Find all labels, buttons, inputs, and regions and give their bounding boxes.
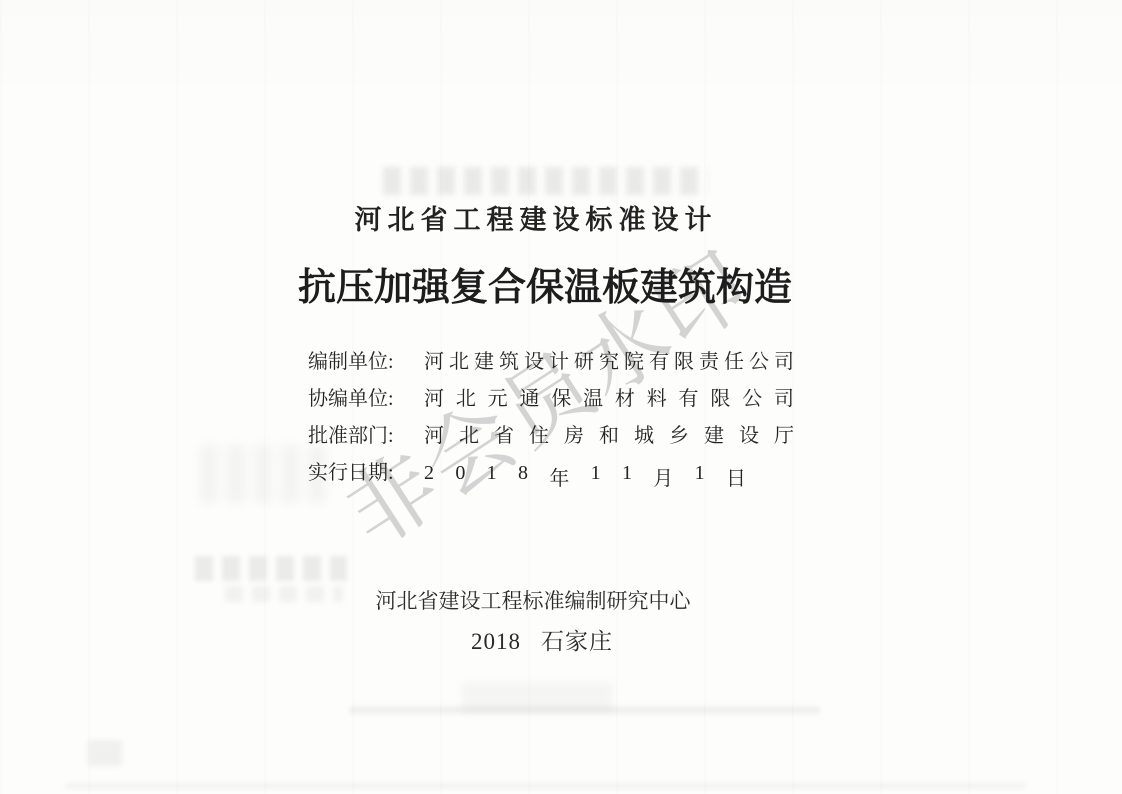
info-row-approver: 批准部门: 河北省住房和城乡建设厅 (308, 419, 794, 456)
imprint-year: 2018 (471, 629, 521, 654)
info-label: 批准部门: (308, 419, 412, 448)
info-value: 河北建筑设计研究院有限责任公司 (424, 345, 794, 374)
scan-smudge (65, 783, 1025, 789)
scan-smudge (350, 706, 820, 714)
imprint-city: 石家庄 (541, 629, 613, 654)
info-value: 河北元通保温材料有限公司 (424, 382, 794, 411)
info-row-effective-date: 实行日期: 2018年11月1日 (308, 456, 794, 493)
info-label: 编制单位: (308, 345, 412, 374)
scan-smudge (195, 556, 347, 581)
scanned-document-page: 非会员水印 河北省工程建设标准设计 抗压加强复合保温板建筑构造 编制单位: 河北… (0, 0, 1122, 794)
info-value: 河北省住房和城乡建设厅 (424, 419, 794, 448)
main-title: 抗压加强复合保温板建筑构造 (0, 256, 1106, 311)
info-label: 协编单位: (308, 382, 412, 411)
info-value: 2018年11月1日 (424, 462, 746, 491)
info-block: 编制单位: 河北建筑设计研究院有限责任公司 协编单位: 河北元通保温材料有限公司… (308, 345, 794, 493)
scan-smudge (462, 682, 612, 712)
series-title: 河北省工程建设标准设计 (0, 198, 1097, 237)
publisher-line: 河北省建设工程标准编制研究中心 (0, 585, 1094, 615)
info-label: 实行日期: (308, 456, 412, 485)
imprint-line: 2018石家庄 (0, 623, 1103, 656)
scan-smudge (88, 740, 122, 766)
info-row-compiler: 编制单位: 河北建筑设计研究院有限责任公司 (308, 345, 794, 382)
info-row-co-compiler: 协编单位: 河北元通保温材料有限公司 (308, 382, 794, 419)
scan-smudge (383, 167, 708, 195)
